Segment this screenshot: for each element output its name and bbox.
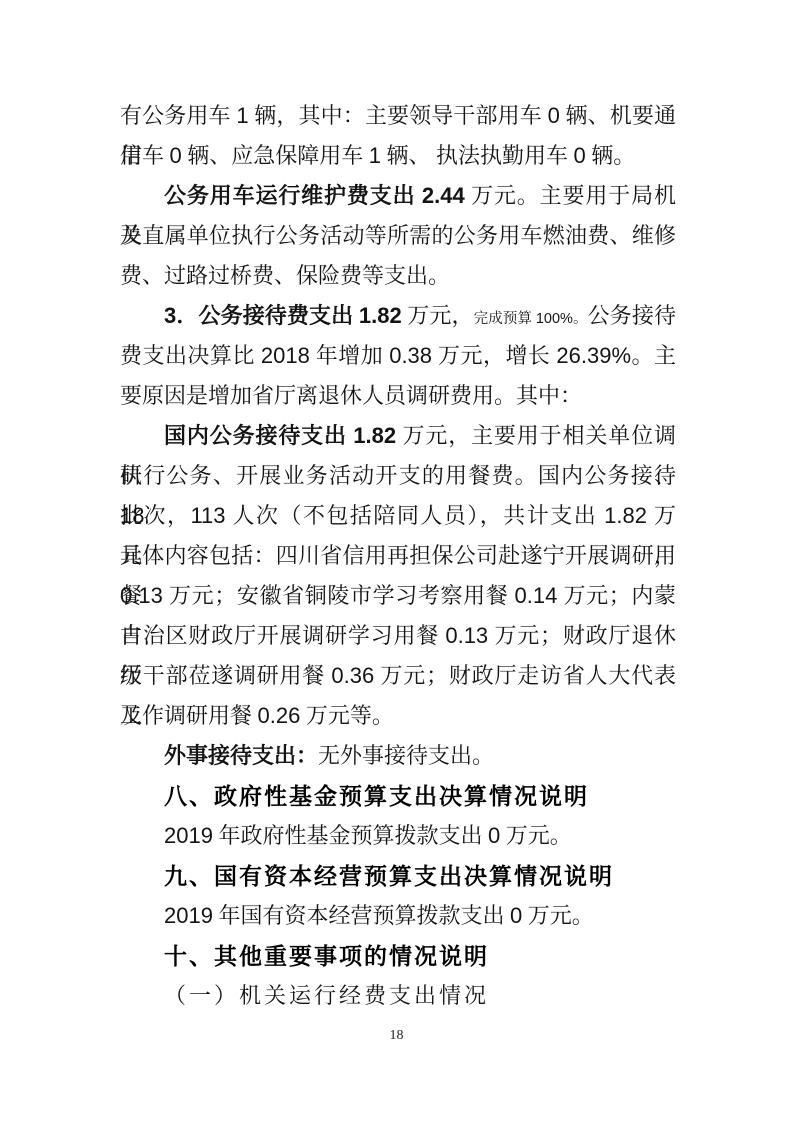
numeric-text: 0 bbox=[170, 143, 182, 168]
numeric-text: 2019 bbox=[164, 903, 213, 928]
numeric-text: 0.26 bbox=[258, 703, 301, 728]
numeric-text: 0.13 bbox=[120, 583, 163, 608]
numeric-text: 1.82 bbox=[359, 303, 402, 328]
text-line: 用车 0 辆、应急保障用车 1 辆、 执法执勤用车 0 辆。 bbox=[120, 136, 676, 176]
text-run: 2019 年国有资本经营预算拨款支出 0 万元。 bbox=[164, 903, 594, 928]
text-line: 工作调研用餐 0.26 万元等。 bbox=[120, 696, 676, 736]
numeric-text: 2.44 bbox=[422, 183, 465, 208]
text-run: 完成预算 100%。 bbox=[474, 311, 588, 327]
text-line: 自治区财政厅开展调研学习用餐 0.13 万元；财政厅退休厅 bbox=[120, 616, 676, 656]
text-line: 要原因是增加省厅离退休人员调研费用。其中： bbox=[120, 376, 676, 416]
text-line: （一）机关运行经费支出情况 bbox=[120, 976, 676, 1016]
text-line: 执行公务、开展业务活动开支的用餐费。国内公务接待 18 bbox=[120, 456, 676, 496]
text-run: 3．公务接待费支出 1.82 bbox=[164, 303, 402, 328]
text-line: 公务用车运行维护费支出 2.44 万元。主要用于局机关 bbox=[120, 176, 676, 216]
text-line: 外事接待支出：无外事接待支出。 bbox=[120, 736, 676, 776]
text-run: 及直属单位执行公务活动等所需的公务用车燃油费、维修 bbox=[120, 223, 676, 248]
text-run: 工作调研用餐 0.26 万元等。 bbox=[120, 703, 394, 728]
text-run: 公务接待 bbox=[588, 303, 676, 328]
numeric-text: 1.82 bbox=[353, 423, 396, 448]
text-run: 用车 0 辆、应急保障用车 1 辆、 执法执勤用车 0 辆。 bbox=[120, 143, 635, 168]
numeric-text: 1.82 bbox=[604, 503, 647, 528]
text-run: 国内公务接待支出 1.82 bbox=[164, 423, 396, 448]
text-line: 具体内容包括：四川省信用再担保公司赴遂宁开展调研用餐 bbox=[120, 536, 676, 576]
text-run: 公务用车运行维护费支出 2.44 bbox=[164, 183, 465, 208]
text-run: 外事接待支出： bbox=[164, 743, 318, 768]
numeric-text: 26.39% bbox=[556, 343, 631, 368]
text-line: 0.13 万元；安徽省铜陵市学习考察用餐 0.14 万元；内蒙古 bbox=[120, 576, 676, 616]
numeric-text: 3 bbox=[164, 303, 176, 328]
section-heading-run: 九、国有资本经营预算支出决算情况说明 bbox=[164, 863, 614, 889]
text-run: 2019 年政府性基金预算拨款支出 0 万元。 bbox=[164, 823, 572, 848]
text-run: 无外事接待支出。 bbox=[318, 743, 494, 768]
text-run: 费支出决算比 2018 年增加 0.38 万元，增长 26.39%。主 bbox=[120, 343, 676, 368]
numeric-text: 1 bbox=[369, 143, 381, 168]
text-line: 费支出决算比 2018 年增加 0.38 万元，增长 26.39%。主 bbox=[120, 336, 676, 376]
section-heading-run: 十、其他重要事项的情况说明 bbox=[164, 943, 489, 969]
numeric-text: 0 bbox=[548, 103, 560, 128]
numeric-text: 1 bbox=[236, 103, 248, 128]
numeric-text: 2018 bbox=[261, 343, 310, 368]
text-line: 2019 年国有资本经营预算拨款支出 0 万元。 bbox=[120, 896, 676, 936]
document-body: 有公务用车 1 辆，其中：主要领导干部用车 0 辆、机要通信用车 0 辆、应急保… bbox=[120, 96, 676, 1016]
page-number: 18 bbox=[0, 1028, 793, 1044]
text-line: 费、过路过桥费、保险费等支出。 bbox=[120, 256, 676, 296]
text-line: 2019 年政府性基金预算拨款支出 0 万元。 bbox=[120, 816, 676, 856]
numeric-text: 0 bbox=[510, 903, 522, 928]
text-run: 要原因是增加省厅离退休人员调研费用。其中： bbox=[120, 383, 582, 408]
numeric-text: 100% bbox=[536, 311, 573, 327]
text-run: 万元， bbox=[402, 303, 474, 328]
text-line: 八、政府性基金预算支出决算情况说明 bbox=[120, 776, 676, 816]
text-line: 3．公务接待费支出 1.82 万元，完成预算 100%。公务接待 bbox=[120, 296, 676, 336]
text-line: 九、国有资本经营预算支出决算情况说明 bbox=[120, 856, 676, 896]
numeric-text: 0.13 bbox=[445, 623, 488, 648]
numeric-text: 113 bbox=[190, 503, 225, 528]
text-line: 及直属单位执行公务活动等所需的公务用车燃油费、维修 bbox=[120, 216, 676, 256]
text-line: 级干部莅遂调研用餐 0.36 万元；财政厅走访省人大代表及 bbox=[120, 656, 676, 696]
document-page: 有公务用车 1 辆，其中：主要领导干部用车 0 辆、机要通信用车 0 辆、应急保… bbox=[0, 0, 793, 1122]
numeric-text: 0.14 bbox=[515, 583, 558, 608]
text-line: 有公务用车 1 辆，其中：主要领导干部用车 0 辆、机要通信 bbox=[120, 96, 676, 136]
text-run: （一）机关运行经费支出情况 bbox=[164, 983, 489, 1008]
numeric-text: 0 bbox=[488, 823, 500, 848]
numeric-text: 0.36 bbox=[331, 663, 374, 688]
text-line: 国内公务接待支出 1.82 万元，主要用于相关单位调研、 bbox=[120, 416, 676, 456]
text-run: 费、过路过桥费、保险费等支出。 bbox=[120, 263, 450, 288]
numeric-text: 0.38 bbox=[389, 343, 432, 368]
text-line: 批次，113 人次（不包括陪同人员），共计支出 1.82 万元， bbox=[120, 496, 676, 536]
numeric-text: 2019 bbox=[164, 823, 213, 848]
text-line: 十、其他重要事项的情况说明 bbox=[120, 936, 676, 976]
numeric-text: 0 bbox=[574, 143, 586, 168]
section-heading-run: 八、政府性基金预算支出决算情况说明 bbox=[164, 783, 589, 809]
